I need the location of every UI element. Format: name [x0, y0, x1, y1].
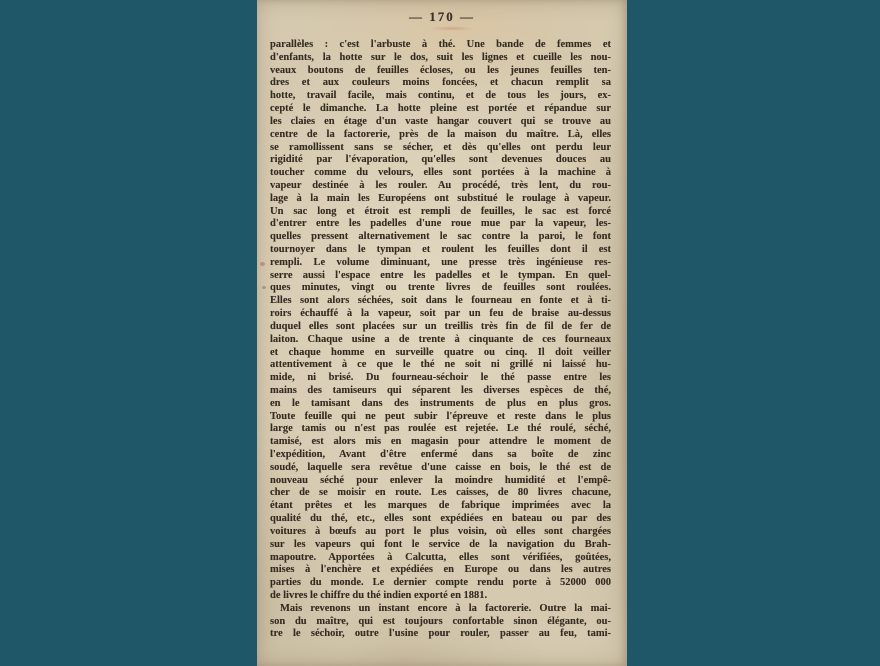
text-line: cepté le dimanche. La hotte pleine est p… [270, 103, 611, 116]
text-line: vapeur destinée à les rouler. Au procédé… [270, 180, 611, 193]
text-line: serre aussi l'espace entre les padelles … [270, 270, 611, 283]
text-line: cher de se moisir en route. Les caisses,… [270, 487, 611, 500]
text-line: les claies en étage d'un vaste hangar co… [270, 116, 611, 129]
text-line: qualité du thé, etc., elles sont expédié… [270, 513, 611, 526]
text-line: Un sac long et étroit est rempli de feui… [270, 206, 611, 219]
body-text: parallèles : c'est l'arbuste à thé. Une … [270, 39, 611, 641]
paragraph: parallèles : c'est l'arbuste à thé. Une … [270, 39, 611, 603]
text-line: voitures à bœufs au port le plus voisin,… [270, 526, 611, 539]
text-line: attentivement à ce que le thé ne soit ni… [270, 359, 611, 372]
text-line: Toute feuille qui ne peut subir l'épreuv… [270, 411, 611, 424]
text-line: son du maître, qui est toujours conforta… [270, 616, 611, 629]
text-line: et chaque homme en surveille quatre ou c… [270, 347, 611, 360]
text-line: duquel elles sont placées sur un treilli… [270, 321, 611, 334]
text-line: dres et aux couleurs moins foncées, et c… [270, 77, 611, 90]
text-line: Mais revenons un instant encore à la fac… [270, 603, 611, 616]
text-line: mide, ni brisé. Du fourneau-séchoir le t… [270, 372, 611, 385]
text-line: étant prêtes et les marques de fabrique … [270, 500, 611, 513]
ink-smudge [429, 26, 475, 31]
text-line: tamisé, est alors mis en magasin pour at… [270, 436, 611, 449]
text-line: en le tamisant dans des instruments de p… [270, 398, 611, 411]
text-line: sur les vapeurs qui font le service de l… [270, 539, 611, 552]
book-page: — 170 — parallèles : c'est l'arbuste à t… [257, 0, 627, 666]
text-line: d'enfants, la hotte sur le dos, suit les… [270, 52, 611, 65]
text-line: rigidité par l'évaporation, qu'elles son… [270, 154, 611, 167]
text-line: roirs échauffé à la vapeur, soit par un … [270, 308, 611, 321]
text-line: tournoyer dans le tympan et roulent les … [270, 244, 611, 257]
text-line: mains des tamiseurs qui séparent les div… [270, 385, 611, 398]
text-line: hotte, travail facile, mais continu, et … [270, 90, 611, 103]
text-line: de livres le chiffre du thé indien expor… [270, 590, 611, 603]
text-line: parties du monde. Le dernier compte rend… [270, 577, 611, 590]
text-line: mapoutre. Apportées à Calcutta, elles so… [270, 552, 611, 565]
text-line: quelles pressent alternativement le sac … [270, 231, 611, 244]
text-line: centre de la factorerie, près de la mais… [270, 129, 611, 142]
text-line: large tamis ou n'est pas roulée est reje… [270, 423, 611, 436]
text-line: ques minutes, vingt ou trente livres de … [270, 282, 611, 295]
text-line: laiton. Chaque usine a de trente à cinqu… [270, 334, 611, 347]
paper-stain [260, 262, 265, 266]
text-line: toucher comme du velours, elles sont por… [270, 167, 611, 180]
text-line: lage à la main les Européens ont substit… [270, 193, 611, 206]
text-line: tre le séchoir, outre l'usine pour roule… [270, 628, 611, 641]
text-line: l'expédition, Avant d'être enfermé dans … [270, 449, 611, 462]
text-line: rempli. Le volume diminuant, une presse … [270, 257, 611, 270]
text-line: Elles sont alors séchées, soit dans le f… [270, 295, 611, 308]
text-line: parallèles : c'est l'arbuste à thé. Une … [270, 39, 611, 52]
text-line: se ramollissent sans se sécher, et dès q… [270, 142, 611, 155]
scan-background: — 170 — parallèles : c'est l'arbuste à t… [0, 0, 880, 666]
text-line: soudé, laquelle sera revêtue d'une caiss… [270, 462, 611, 475]
text-line: veaux boutons de feuilles écloses, ou le… [270, 65, 611, 78]
paragraph: Mais revenons un instant encore à la fac… [270, 603, 611, 641]
text-line: nouveau séché pour enlever la moindre hu… [270, 475, 611, 488]
text-line: mises à l'enchère et expédiées en Europe… [270, 564, 611, 577]
text-line: d'entrer entre les padelles d'une roue m… [270, 218, 611, 231]
page-number: — 170 — [257, 9, 627, 25]
paper-stain [262, 286, 266, 289]
